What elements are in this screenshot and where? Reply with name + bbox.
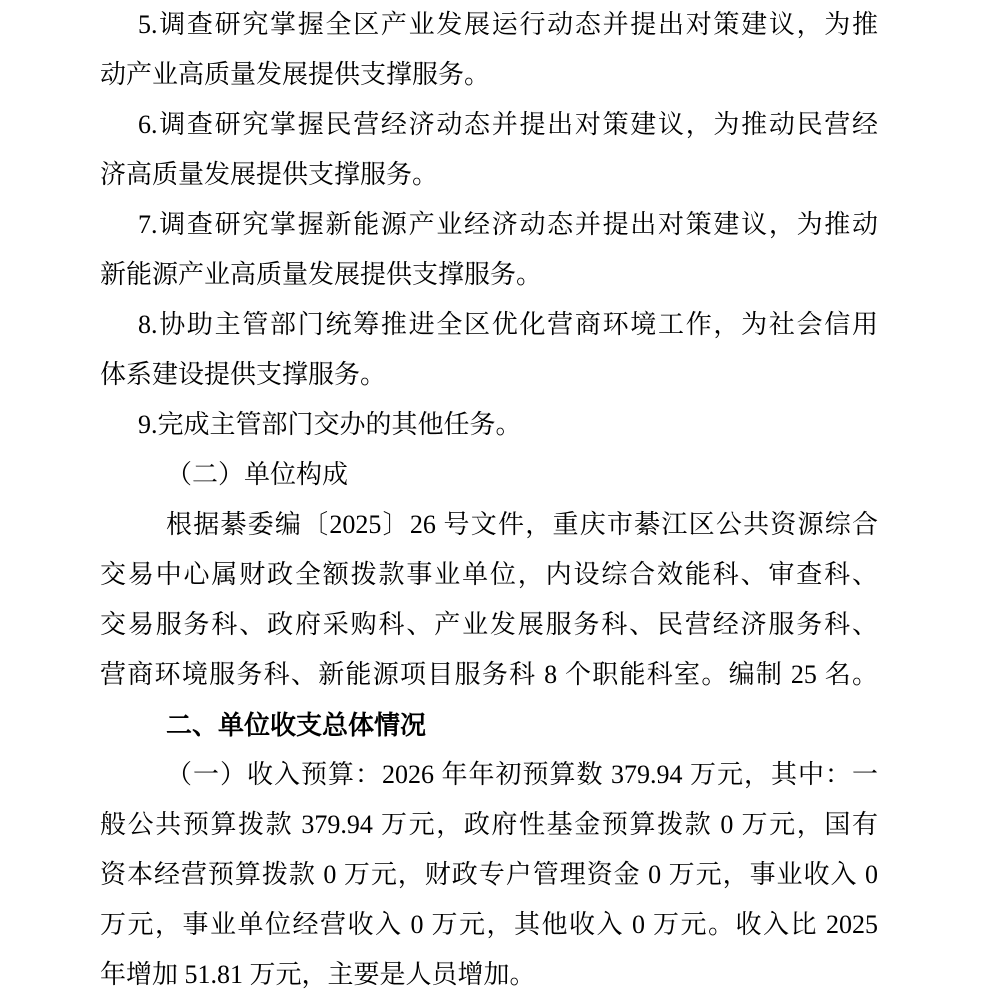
document-page: 5.调查研究掌握全区产业发展运行动态并提出对策建议，为推 动产业高质量发展提供支… bbox=[100, 0, 878, 1000]
paragraph-task-item-5: 5.调查研究掌握全区产业发展运行动态并提出对策建议，为推 动产业高质量发展提供支… bbox=[100, 0, 878, 100]
subsection-heading-unit-composition: （二）单位构成 bbox=[100, 450, 878, 500]
text-line: 济高质量发展提供支撑服务。 bbox=[100, 150, 878, 200]
section-title: 二、单位收支总体情况 bbox=[100, 700, 878, 750]
text-line: 般公共预算拨款 379.94 万元，政府性基金预算拨款 0 万元，国有 bbox=[100, 800, 878, 850]
text-line: 交易中心属财政全额拨款事业单位，内设综合效能科、审查科、 bbox=[100, 550, 878, 600]
text-line: （一）收入预算：2026 年年初预算数 379.94 万元，其中：一 bbox=[100, 750, 878, 800]
subsection-title: （二）单位构成 bbox=[100, 450, 878, 500]
text-line: 7.调查研究掌握新能源产业经济动态并提出对策建议，为推动 bbox=[100, 200, 878, 250]
text-line: 8.协助主管部门统筹推进全区优化营商环境工作，为社会信用 bbox=[100, 300, 878, 350]
text-line: 9.完成主管部门交办的其他任务。 bbox=[100, 400, 878, 450]
paragraph-task-item-7: 7.调查研究掌握新能源产业经济动态并提出对策建议，为推动 新能源产业高质量发展提… bbox=[100, 200, 878, 300]
text-line: 动产业高质量发展提供支撑服务。 bbox=[100, 50, 878, 100]
paragraph-task-item-8: 8.协助主管部门统筹推进全区优化营商环境工作，为社会信用 体系建设提供支撑服务。 bbox=[100, 300, 878, 400]
text-line: 资本经营预算拨款 0 万元，财政专户管理资金 0 万元，事业收入 0 bbox=[100, 850, 878, 900]
text-line: 6.调查研究掌握民营经济动态并提出对策建议，为推动民营经 bbox=[100, 100, 878, 150]
paragraph-task-item-6: 6.调查研究掌握民营经济动态并提出对策建议，为推动民营经 济高质量发展提供支撑服… bbox=[100, 100, 878, 200]
text-line: 体系建设提供支撑服务。 bbox=[100, 350, 878, 400]
section-heading-income-expense-overview: 二、单位收支总体情况 bbox=[100, 700, 878, 750]
text-line: 交易服务科、政府采购科、产业发展服务科、民营经济服务科、 bbox=[100, 600, 878, 650]
text-line: 万元，事业单位经营收入 0 万元，其他收入 0 万元。收入比 2025 bbox=[100, 900, 878, 950]
text-line: 营商环境服务科、新能源项目服务科 8 个职能科室。编制 25 名。 bbox=[100, 650, 878, 700]
paragraph-income-budget: （一）收入预算：2026 年年初预算数 379.94 万元，其中：一 般公共预算… bbox=[100, 750, 878, 1000]
text-line: 5.调查研究掌握全区产业发展运行动态并提出对策建议，为推 bbox=[100, 0, 878, 50]
text-line: 新能源产业高质量发展提供支撑服务。 bbox=[100, 250, 878, 300]
text-line: 年增加 51.81 万元，主要是人员增加。 bbox=[100, 950, 878, 1000]
text-line: 根据綦委编〔2025〕26 号文件，重庆市綦江区公共资源综合 bbox=[100, 500, 878, 550]
paragraph-task-item-9: 9.完成主管部门交办的其他任务。 bbox=[100, 400, 878, 450]
paragraph-unit-composition: 根据綦委编〔2025〕26 号文件，重庆市綦江区公共资源综合 交易中心属财政全额… bbox=[100, 500, 878, 700]
